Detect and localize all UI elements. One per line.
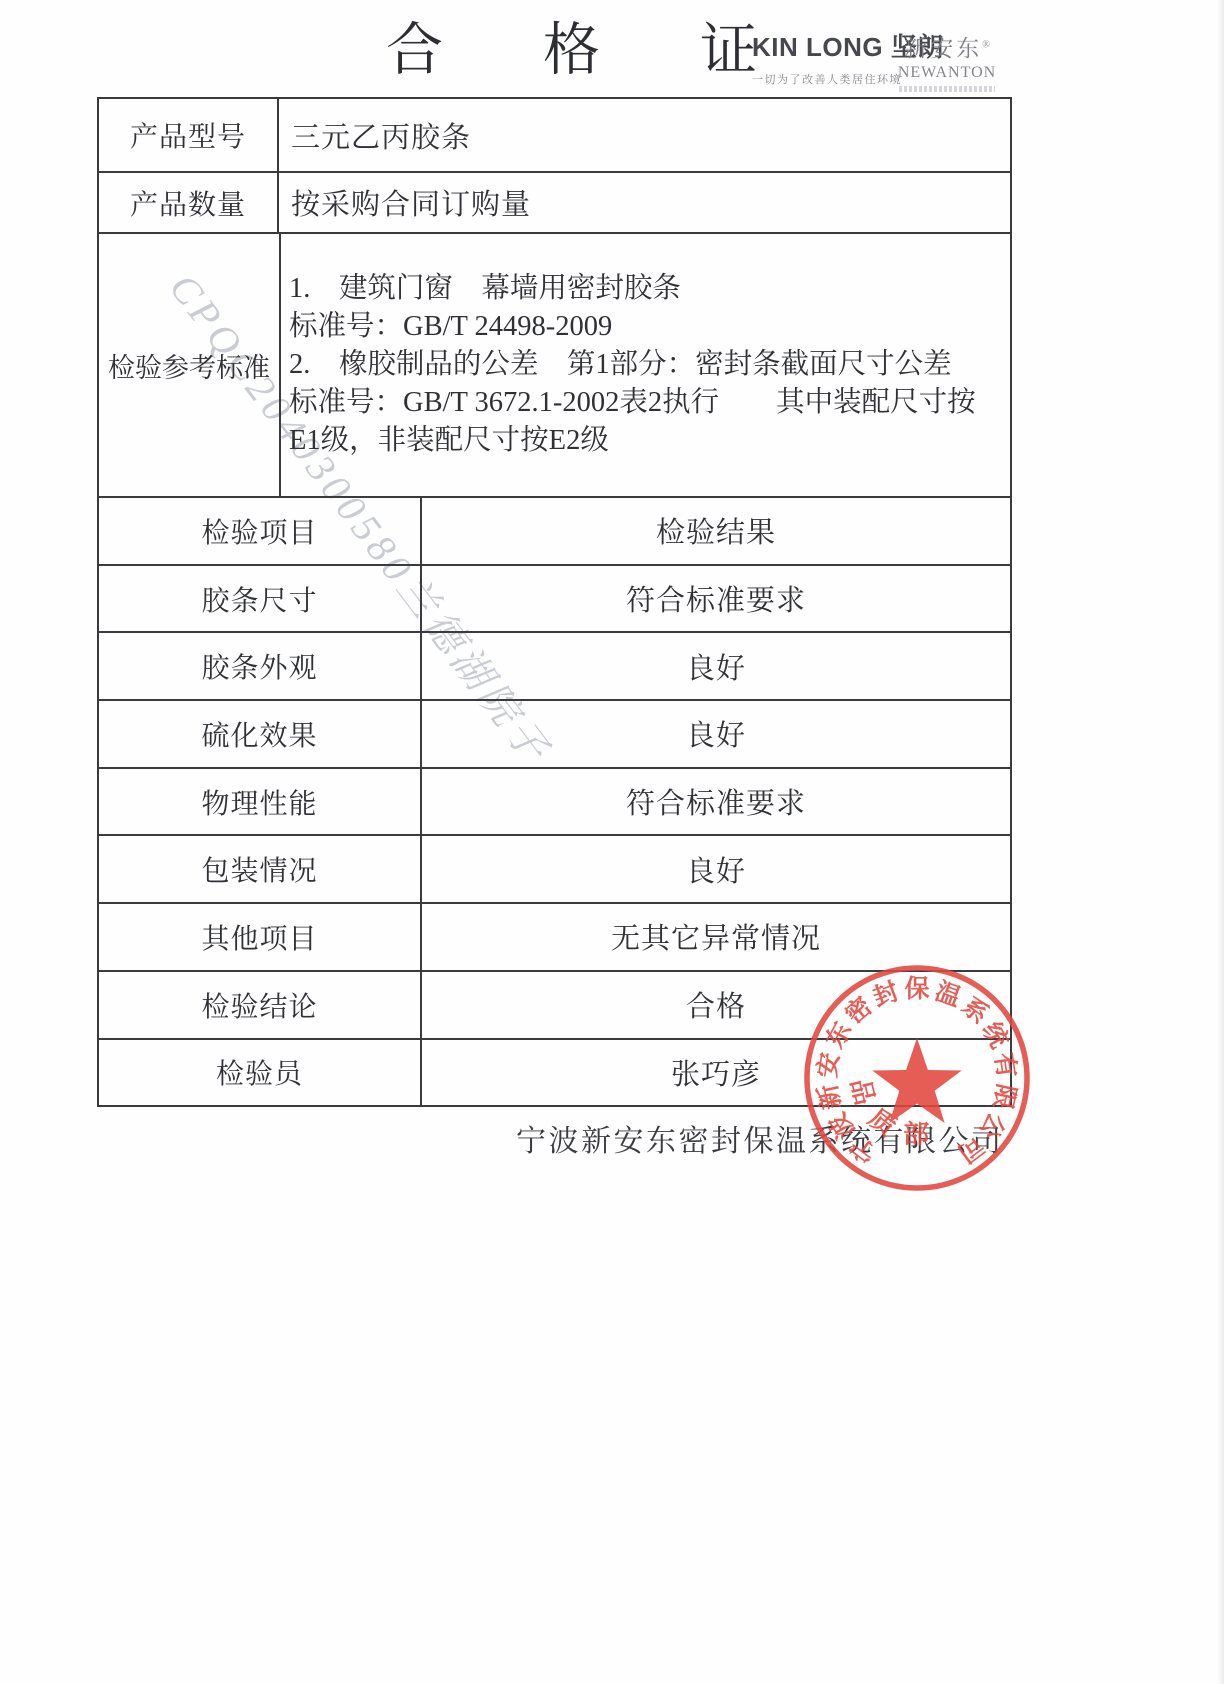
result-row: 硫化效果良好 bbox=[99, 699, 1010, 767]
stamp-ring-char: 封 bbox=[869, 977, 902, 1012]
stamp-ring-char: 新 bbox=[813, 1082, 847, 1113]
row-label: 产品数量 bbox=[99, 173, 279, 232]
row-label: 检验项目 bbox=[99, 498, 422, 564]
stamp-department-char: 部 bbox=[903, 1119, 930, 1149]
newanton-brand-en: NEWANTON bbox=[893, 64, 1001, 82]
row-label: 硫化效果 bbox=[99, 701, 422, 767]
result-row: 胶条尺寸符合标准要求 bbox=[99, 564, 1010, 632]
stamp-ring-char: 统 bbox=[977, 1018, 1014, 1053]
stamp-ring-char: 安 bbox=[813, 1051, 844, 1080]
info-row: 产品数量按采购合同订购量 bbox=[99, 171, 1010, 232]
row-label: 胶条外观 bbox=[99, 633, 422, 699]
newanton-brand-cn: 新安东® bbox=[893, 30, 1001, 63]
row-label: 胶条尺寸 bbox=[99, 566, 422, 632]
result-row: 物理性能符合标准要求 bbox=[99, 767, 1010, 835]
row-value: 三元乙丙胶条 bbox=[279, 99, 1010, 171]
newanton-logo: 新安东® NEWANTON bbox=[893, 30, 1001, 92]
row-value: 良好 bbox=[422, 701, 1010, 767]
micro-text-strip bbox=[899, 86, 995, 92]
row-value: 检验结果 bbox=[422, 498, 1010, 564]
standard-text-line: 标准号：GB/T 3672.1-2002表2执行 其中装配尺寸按 bbox=[289, 384, 1010, 422]
result-row: 检验项目检验结果 bbox=[99, 496, 1010, 564]
row-value: 符合标准要求 bbox=[422, 566, 1010, 632]
stamp-ring-char: 温 bbox=[931, 977, 964, 1012]
standard-text-line: E1级，非装配尺寸按E2级 bbox=[289, 422, 1010, 460]
result-row: 胶条外观良好 bbox=[99, 631, 1010, 699]
company-quality-seal-stamp: 宁波新安东密封保温系统有限公司品质部 bbox=[797, 958, 1037, 1198]
standard-row: 检验参考标准1. 建筑门窗 幕墙用密封胶条标准号：GB/T 24498-2009… bbox=[99, 232, 1010, 496]
row-label: 产品型号 bbox=[99, 99, 279, 171]
standard-text-line: 标准号：GB/T 24498-2009 bbox=[289, 308, 1010, 346]
row-label: 其他项目 bbox=[99, 904, 422, 970]
row-label: 包装情况 bbox=[99, 836, 422, 902]
row-value: 良好 bbox=[422, 633, 1010, 699]
kinlong-wordmark: KIN LONG 坚朗 bbox=[752, 27, 902, 64]
stamp-ring-char: 有 bbox=[989, 1051, 1020, 1080]
scan-edge-shading bbox=[1217, 0, 1224, 1684]
row-value: 良好 bbox=[422, 836, 1010, 902]
row-value: 符合标准要求 bbox=[422, 769, 1010, 835]
registered-trademark-symbol: ® bbox=[982, 39, 990, 50]
stamp-ring-char: 司 bbox=[952, 1130, 989, 1167]
standard-text: 1. 建筑门窗 幕墙用密封胶条标准号：GB/T 24498-20092. 橡胶制… bbox=[281, 234, 1010, 496]
row-label: 检验结论 bbox=[99, 972, 422, 1038]
stamp-ring-char: 保 bbox=[904, 975, 929, 1003]
info-row: 产品型号三元乙丙胶条 bbox=[99, 99, 1010, 171]
certificate-page: CPQC2040300580兰德湖院子 合格证 KIN LONG 坚朗 一切为了… bbox=[0, 0, 1224, 1684]
standard-text-line: 1. 建筑门窗 幕墙用密封胶条 bbox=[289, 270, 1010, 308]
row-value: 按采购合同订购量 bbox=[279, 173, 1010, 232]
row-label: 物理性能 bbox=[99, 769, 422, 835]
stamp-ring-char: 波 bbox=[823, 1108, 860, 1144]
result-row: 包装情况良好 bbox=[99, 834, 1010, 902]
standard-text-line: 2. 橡胶制品的公差 第1部分：密封条截面尺寸公差 bbox=[289, 346, 1010, 384]
stamp-ring-char: 限 bbox=[988, 1082, 1021, 1112]
kinlong-logo: KIN LONG 坚朗 一切为了改善人类居住环境 bbox=[752, 27, 902, 87]
row-label: 检验员 bbox=[99, 1040, 422, 1106]
stamp-department-char: 品 bbox=[845, 1075, 880, 1108]
inspection-table: 产品型号三元乙丙胶条产品数量按采购合同订购量检验参考标准1. 建筑门窗 幕墙用密… bbox=[97, 97, 1012, 1107]
row-label: 检验参考标准 bbox=[99, 234, 281, 496]
kinlong-tagline: 一切为了改善人类居住环境 bbox=[752, 71, 902, 87]
